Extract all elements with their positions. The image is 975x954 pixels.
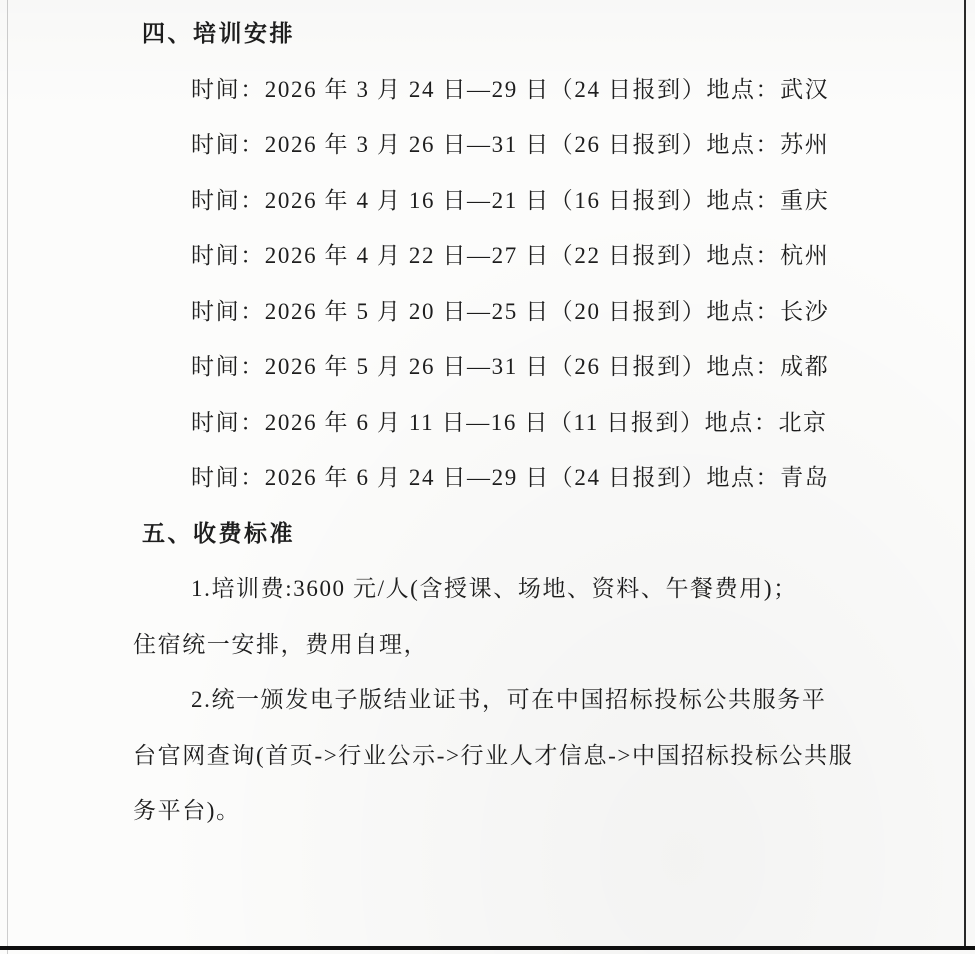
certificate-line-continuation: 台官网查询(首页->行业公示->行业人才信息->中国招标投标公共服 bbox=[133, 728, 893, 784]
schedule-line: 时间：2026 年 6 月 24 日—29 日（24 日报到）地点：青岛 bbox=[133, 450, 893, 506]
scanned-document-page: 四、培训安排 时间：2026 年 3 月 24 日—29 日（24 日报到）地点… bbox=[0, 0, 975, 954]
schedule-line: 时间：2026 年 4 月 16 日—21 日（16 日报到）地点：重庆 bbox=[133, 173, 893, 229]
schedule-line: 时间：2026 年 3 月 26 日—31 日（26 日报到）地点：苏州 bbox=[133, 117, 893, 173]
schedule-line: 时间：2026 年 5 月 26 日—31 日（26 日报到）地点：成都 bbox=[133, 339, 893, 395]
page-left-edge-line bbox=[7, 0, 8, 954]
section-heading-training: 四、培训安排 bbox=[133, 6, 893, 62]
schedule-line: 时间：2026 年 4 月 22 日—27 日（22 日报到）地点：杭州 bbox=[133, 228, 893, 284]
schedule-line: 时间：2026 年 3 月 24 日—29 日（24 日报到）地点：武汉 bbox=[133, 62, 893, 118]
section-heading-fees: 五、收费标准 bbox=[133, 506, 893, 562]
page-right-edge-line bbox=[964, 0, 966, 949]
certificate-line: 2.统一颁发电子版结业证书，可在中国招标投标公共服务平 bbox=[133, 672, 893, 728]
schedule-line: 时间：2026 年 6 月 11 日—16 日（11 日报到）地点：北京 bbox=[133, 395, 893, 451]
fee-line: 1.培训费:3600 元/人(含授课、场地、资料、午餐费用)； bbox=[133, 561, 893, 617]
fee-line-continuation: 住宿统一安排，费用自理， bbox=[133, 617, 893, 673]
schedule-line: 时间：2026 年 5 月 20 日—25 日（20 日报到）地点：长沙 bbox=[133, 284, 893, 340]
page-bottom-bar bbox=[0, 946, 975, 950]
certificate-line-continuation: 务平台)。 bbox=[133, 783, 893, 839]
document-body: 四、培训安排 时间：2026 年 3 月 24 日—29 日（24 日报到）地点… bbox=[133, 6, 893, 839]
